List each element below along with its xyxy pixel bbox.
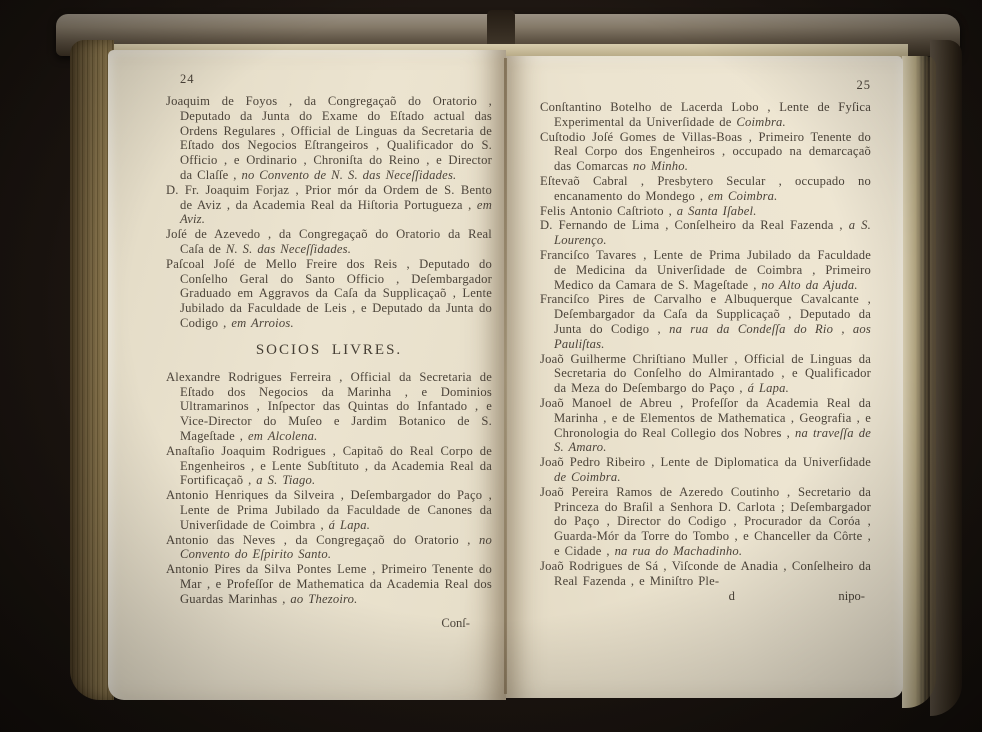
- member-entry: Joaõ Pedro Ribeiro , Lente de Diplomatic…: [540, 455, 871, 485]
- entry-text: Eſtevaõ Cabral , Presbytero Secular , oc…: [540, 174, 871, 203]
- entry-address-italic: em Alcolena.: [248, 429, 317, 443]
- entries-right: Conſtantino Botelho de Lacerda Lobo , Le…: [540, 100, 871, 588]
- entry-text: Joaõ Rodrigues de Sá , Viſconde de Anadi…: [540, 559, 871, 588]
- entry-text: Alexandre Rodrigues Ferreira , Official …: [166, 370, 492, 443]
- signature-row: d nipo-: [540, 589, 871, 605]
- entry-address-italic: em Arroios.: [231, 316, 293, 330]
- page-number-right: 25: [857, 78, 872, 93]
- entry-text: Felis Antonio Caſtrioto ,: [540, 204, 677, 218]
- entry-address-italic: á Lapa.: [748, 381, 789, 395]
- member-entry: Paſcoal Joſé de Mello Freire dos Reis , …: [166, 257, 492, 331]
- member-entry: D. Fernando de Lima , Conſelheiro da Rea…: [540, 218, 871, 248]
- page-gutter: [504, 58, 507, 694]
- member-entry: Antonio Henriques da Silveira , Deſembar…: [166, 488, 492, 532]
- page-right: 25 Conſtantino Botelho de Lacerda Lobo ,…: [506, 56, 903, 698]
- entry-address-italic: no Convento de N. S. das Neceſſidades.: [241, 168, 456, 182]
- entry-text: Anaſtaſio Joaquim Rodrigues , Capitaõ do…: [166, 444, 492, 488]
- entries-left: Joaquim de Foyos , da Congregaçaõ do Ora…: [166, 94, 492, 607]
- text-column-left: Joaquim de Foyos , da Congregaçaõ do Ora…: [166, 94, 492, 631]
- signature-mark: d: [729, 589, 735, 604]
- page-left: 24 Joaquim de Foyos , da Congregaçaõ do …: [108, 50, 506, 700]
- member-entry: Joſé de Azevedo , da Congregaçaõ do Orat…: [166, 227, 492, 257]
- section-heading: SOCIOS LIVRES.: [166, 342, 492, 359]
- entry-address-italic: a Santa Iſabel.: [677, 204, 757, 218]
- entry-address-italic: ao Thezoiro.: [290, 592, 357, 606]
- book-photo: 24 Joaquim de Foyos , da Congregaçaõ do …: [0, 0, 982, 732]
- member-entry: Joaõ Pereira Ramos de Azeredo Coutinho ,…: [540, 485, 871, 559]
- entry-address-italic: á Lapa.: [329, 518, 370, 532]
- member-entry: Joaõ Manoel de Abreu , Profeſſor da Acad…: [540, 396, 871, 455]
- entry-address-italic: a S. Tiago.: [256, 473, 315, 487]
- entry-address-italic: no Alto da Ajuda.: [761, 278, 857, 292]
- entry-address-italic: de Coimbra.: [554, 470, 621, 484]
- member-entry: Antonio das Neves , da Congregaçaõ do Or…: [166, 533, 492, 563]
- catchword-left: Conſ-: [166, 616, 492, 631]
- member-entry: Antonio Pires da Silva Pontes Leme , Pri…: [166, 562, 492, 606]
- page-number-left: 24: [180, 72, 195, 87]
- member-entry: Joaõ Guilherme Chriſtiano Muller , Offic…: [540, 352, 871, 396]
- entry-address-italic: na rua do Machadinho.: [615, 544, 743, 558]
- member-entry: Felis Antonio Caſtrioto , a Santa Iſabel…: [540, 204, 871, 219]
- member-entry: Conſtantino Botelho de Lacerda Lobo , Le…: [540, 100, 871, 130]
- entry-address-italic: Coimbra.: [736, 115, 786, 129]
- member-entry: Joaõ Rodrigues de Sá , Viſconde de Anadi…: [540, 559, 871, 589]
- entry-text: Cuſtodio Joſé Gomes de Villas-Boas , Pri…: [540, 130, 871, 174]
- entry-text: D. Fr. Joaquim Forjaz , Prior mór da Ord…: [166, 183, 492, 212]
- entry-text: Antonio das Neves , da Congregaçaõ do Or…: [166, 533, 479, 547]
- member-entry: Joaquim de Foyos , da Congregaçaõ do Ora…: [166, 94, 492, 183]
- entry-address-italic: N. S. das Neceſſidades.: [226, 242, 351, 256]
- entry-address-italic: em Coimbra.: [708, 189, 777, 203]
- entry-text: Conſtantino Botelho de Lacerda Lobo , Le…: [540, 100, 871, 129]
- entry-address-italic: no Minho.: [633, 159, 688, 173]
- entry-text: Joaõ Guilherme Chriſtiano Muller , Offic…: [540, 352, 871, 396]
- text-column-right: Conſtantino Botelho de Lacerda Lobo , Le…: [540, 100, 871, 605]
- member-entry: Cuſtodio Joſé Gomes de Villas-Boas , Pri…: [540, 130, 871, 174]
- page-fore-edge-right: [902, 56, 936, 708]
- entry-text: Paſcoal Joſé de Mello Freire dos Reis , …: [166, 257, 492, 330]
- member-entry: Franciſco Tavares , Lente de Prima Jubil…: [540, 248, 871, 292]
- entry-text: D. Fernando de Lima , Conſelheiro da Rea…: [540, 218, 849, 232]
- member-entry: Franciſco Pires de Carvalho e Albuquerqu…: [540, 292, 871, 351]
- member-entry: Eſtevaõ Cabral , Presbytero Secular , oc…: [540, 174, 871, 204]
- entry-text: Joaõ Pedro Ribeiro , Lente de Diplomatic…: [540, 455, 871, 469]
- member-entry: D. Fr. Joaquim Forjaz , Prior mór da Ord…: [166, 183, 492, 227]
- member-entry: Alexandre Rodrigues Ferreira , Official …: [166, 370, 492, 444]
- member-entry: Anaſtaſio Joaquim Rodrigues , Capitaõ do…: [166, 444, 492, 488]
- catchword-right: nipo-: [838, 589, 865, 604]
